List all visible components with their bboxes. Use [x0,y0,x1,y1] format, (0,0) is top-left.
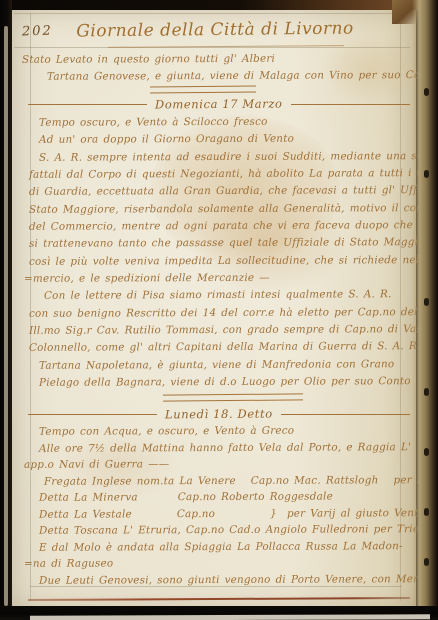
manuscript-line: app.o Navi di Guerra —— [24,455,412,473]
section-lunedi-body: Tempo con Acqua, e oscuro, e Vento à Gre… [24,423,412,588]
next-page-edge [30,614,430,620]
manuscript-line: di Guardia, eccettuata alla Gran Guardia… [24,183,412,202]
ruled-line-under-title [14,47,410,48]
section-header-domenica: Domenica 17 Marzo [28,97,410,111]
binding-stitch [424,508,429,516]
manuscript-line: Con le lettere di Pisa siamo rimasti int… [24,287,412,306]
binding-stitch [424,558,429,566]
manuscript-line: Tempo con Acqua, e oscuro, e Vento à Gre… [24,422,412,440]
page-title: Giornale della Città di Livorno [60,18,370,41]
manuscript-line: fattali dal Corpo di questi Negozianti, … [24,165,412,184]
manuscript-line: Colonnello, come gl' altri Capitani dell… [24,339,412,358]
manuscript-line: si trattenevano tanto che passasse quel … [24,235,412,254]
manuscript-line: Stato Levato in questo giorno tutti gl' … [22,50,408,68]
header-rule-right [291,104,410,105]
photo-edge-top [0,0,438,10]
intro-lines: Stato Levato in questo giorno tutti gl' … [22,51,408,84]
manuscript-line: S. A. R. sempre intenta ad esaudire i su… [24,148,412,167]
section-header-lunedi: Lunedì 18. Detto [28,407,410,421]
binding-stitch [424,170,429,178]
binding-stitch [424,88,429,96]
manuscript-line: Tempo oscuro, e Vento à Scilocco fresco [24,113,412,132]
ruled-line-top [14,13,410,14]
manuscript-line: Alle ore 7½ della Mattina hanno fatto Ve… [24,439,412,457]
manuscript-line: così le più volte veniva impedita La sol… [24,252,412,271]
manuscript-line: Detta La Vestale Cap.no } per Varij al g… [24,505,412,523]
ruled-line-bottom [30,586,402,587]
page-curl-edge [4,26,8,606]
section-domenica-body: Tempo oscuro, e Vento à Scilocco fresco … [24,114,412,392]
binding-stitch [424,298,429,306]
section-header-label: Lunedì 18. Detto [157,407,281,422]
header-rule-left [28,414,157,415]
manuscript-line: Ad un' ora doppo il Giorno Oragano di Ve… [24,130,412,149]
manuscript-line: E dal Molo è andata alla Spiaggia La Pol… [24,538,412,556]
manuscript-line: Detta La Minerva Cap.no Roberto Roggesda… [24,488,412,506]
divider-double-rule [150,86,256,94]
manuscript-line: Tartana Napoletana, è giunta, viene di M… [24,356,412,375]
book-binding [412,0,438,620]
manuscript-line: Tartana Genovese, e giunta, viene di Mal… [22,67,408,85]
manuscript-line: Detta Toscana L' Etruria, Cap.no Cad.o A… [24,521,412,539]
divider-double-rule [163,393,303,401]
page-number: 202 [22,23,53,39]
manuscript-line: del Commercio, mentre ad ogni parata che… [24,217,412,236]
manuscript-line: =na di Raguseo [24,554,412,572]
header-rule-right [281,414,410,415]
manuscript-line: Fregata Inglese nom.ta La Venere Cap.no … [24,472,412,490]
manuscript-photo: 202 Giornale della Città di Livorno Stat… [0,0,438,620]
binding-stitch [424,448,429,456]
manuscript-line: Stato Maggiore, riserbandola solamente a… [24,200,412,219]
header-rule-left [28,104,147,105]
manuscript-line: Pielago della Bagnara, viene di d.o Luog… [24,373,412,392]
manuscript-line: con suo benigno Rescritto dei 14 del cor… [24,304,412,323]
section-header-label: Domenica 17 Marzo [147,96,291,111]
binding-stitch [424,388,429,396]
